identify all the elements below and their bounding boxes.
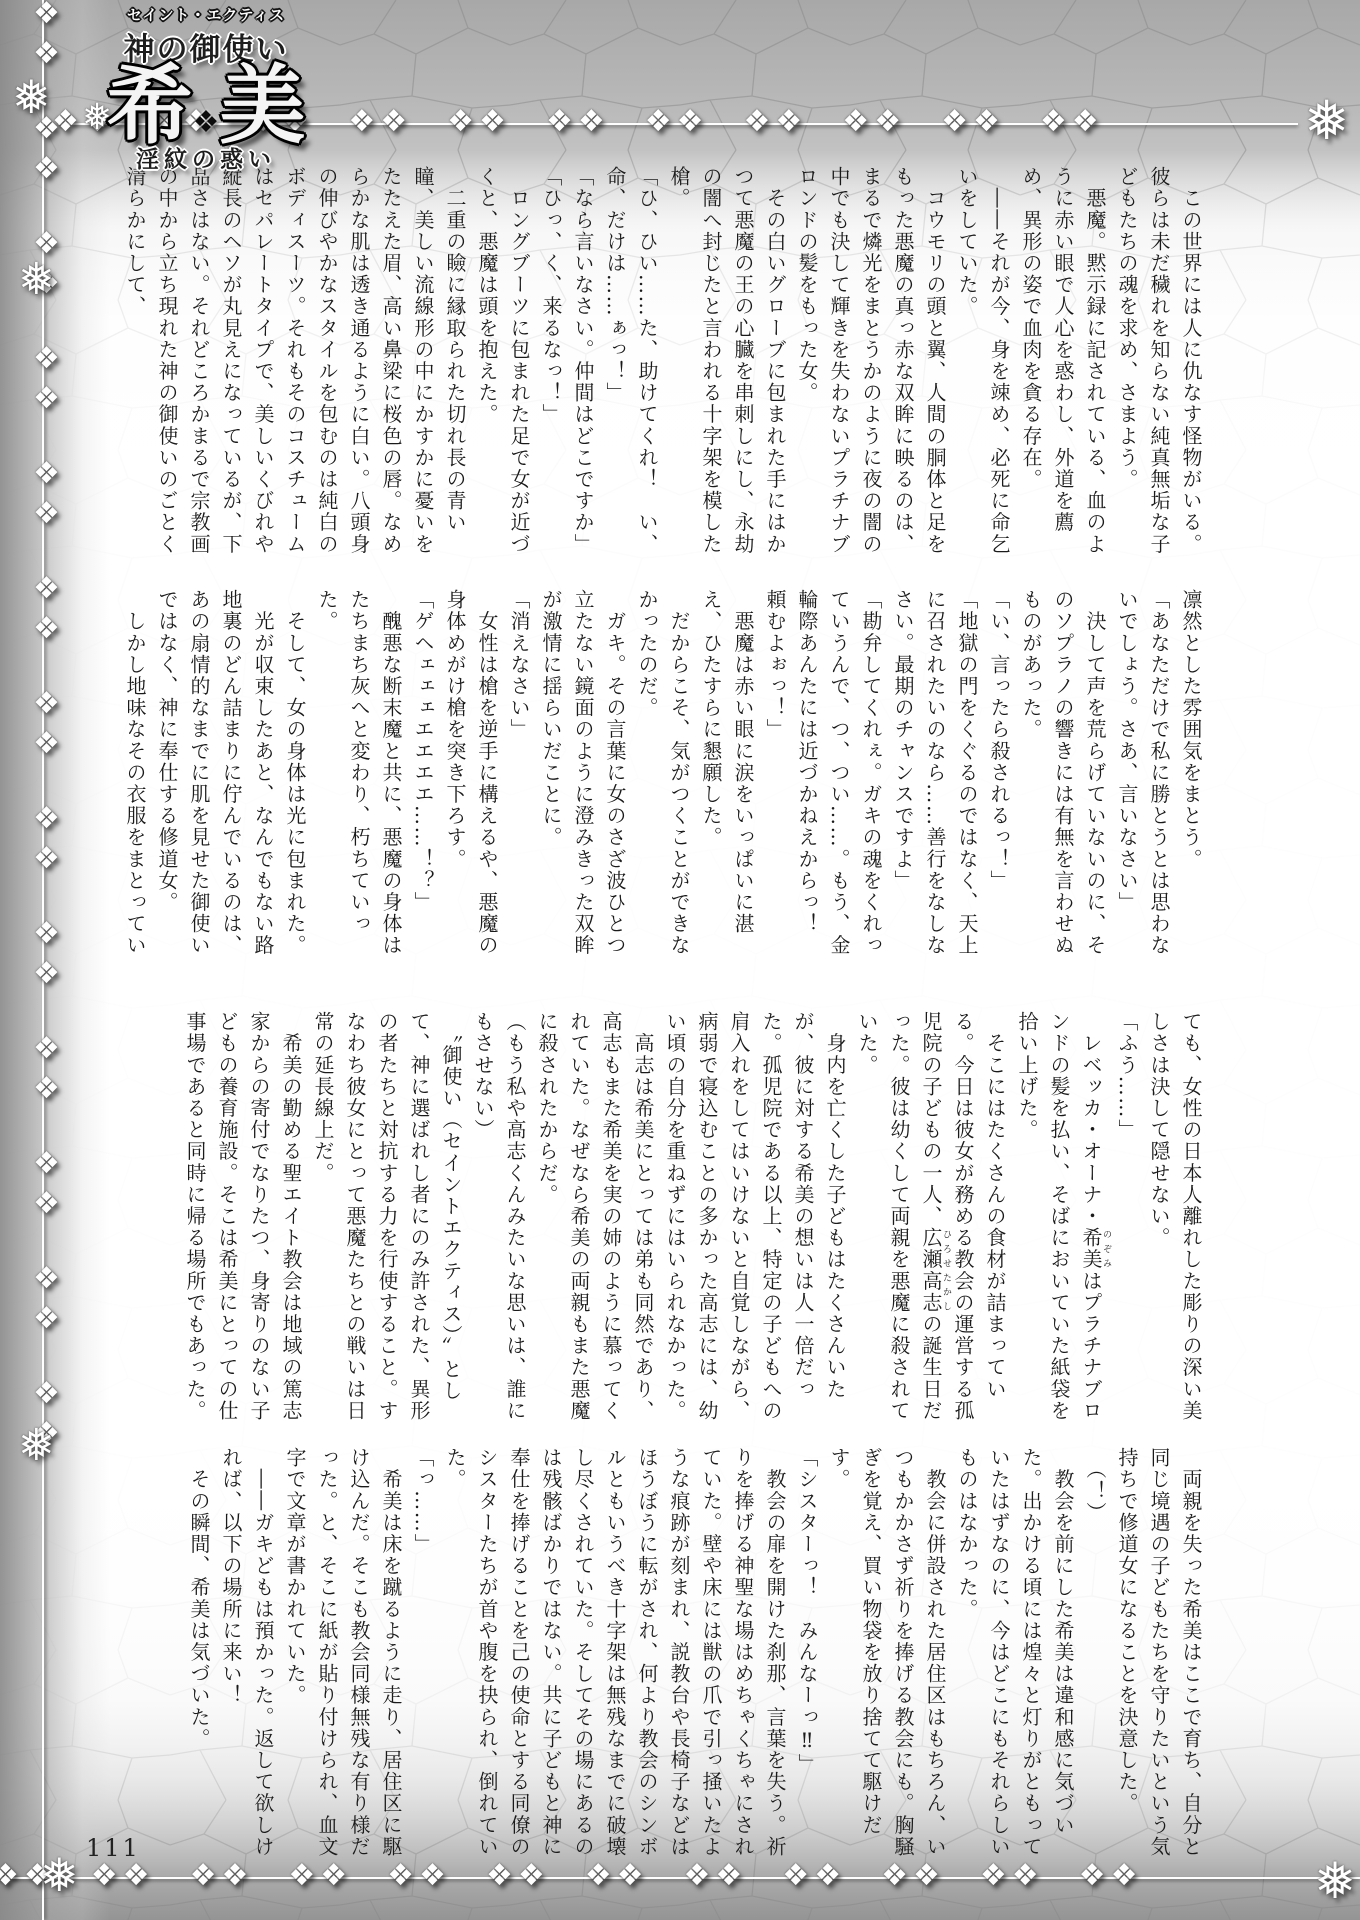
novel-page: ❖❖ ❖❖ ❖❖ ❖❖ ❖❖ ❖❖ ❖❖ ❖❖ ❖❖ ❖❖ ❖❖ ❖❖ ❖❖ ❖… xyxy=(0,0,1360,1920)
paragraph: コウモリの頭と翼、人間の胴体と足をもった悪魔の真っ赤な双眸に映るのは、まるで燐光… xyxy=(791,166,951,558)
snowflake-ornament-left-lower: ❅ xyxy=(18,1424,55,1468)
text-band-3: ても、女性の日本人離れした彫りの深い美しさは決して隠せない。 「ふう……」 レベ… xyxy=(95,1011,1207,1424)
paragraph: 女性は槍を逆手に構えるや、悪魔の身体めがけ槍を突き下ろす。 xyxy=(439,589,503,977)
paragraph: だからこそ、気がつくことができなかったのだ。 xyxy=(631,589,695,977)
paragraph: 「勘弁してくれぇ。ガキの魂をくれっていうんで、つ、つい……。もう、金輪際あんたに… xyxy=(759,589,887,977)
paragraph: 希美の勤める聖エイト教会は地域の篤志家からの寄付でなりたつ、身寄りのない子どもの… xyxy=(179,1011,307,1424)
paragraph: レベッカ・オーナ・希美のぞみはプラチナブロンドの髪を払い、そばにおいていた紙袋を… xyxy=(1011,1011,1111,1424)
text-band-4: 両親を失った希美はここで育ち、自分と同じ境遇の子どもたちを守りたいという気持ちで… xyxy=(95,1447,1207,1862)
snowflake-ornament-left-upper: ❅ xyxy=(18,258,55,302)
snowflake-ornament-bottom-left: ❅ xyxy=(40,1852,79,1898)
paragraph: 両親を失った希美はここで育ち、自分と同じ境遇の子どもたちを守りたいという気持ちで… xyxy=(1111,1447,1207,1862)
paragraph: 「あなただけで私に勝とうとは思わないでしょう。さあ、言いなさい」 xyxy=(1111,589,1175,977)
paragraph: 「地獄の門をくぐるのではなく、天上に召されたいのなら……善行をなしなさい。最期の… xyxy=(887,589,983,977)
paragraph: 「っ……」 xyxy=(407,1447,439,1862)
paragraph: しかし地味なその衣服をまとってい xyxy=(119,589,151,977)
paragraph: 「ふう……」 xyxy=(1111,1011,1143,1424)
paragraph: そこにはたくさんの食材が詰まっている。今日は彼女が務める教会の運営する孤児院の子… xyxy=(851,1011,1011,1424)
text-band-2: 凛然とした雰囲気をまとう。 「あなただけで私に勝とうとは思わないでしょう。さあ、… xyxy=(95,589,1207,977)
paragraph: 二重の瞼に縁取られた切れ長の青い瞳、美しい流線形の中にかすかに憂いをたたえた眉、… xyxy=(119,166,471,558)
logo-reading-text: セイント・エクティス xyxy=(70,4,342,25)
paragraph: ても、女性の日本人離れした彫りの深い美しさは決して隠せない。 xyxy=(1143,1011,1207,1424)
paragraph: 「消えなさい」 xyxy=(503,589,535,977)
paragraph: 「シスターっ！ みんなーっ‼」 xyxy=(791,1447,823,1862)
logo-main-title: 希 ❖ 美 xyxy=(70,63,342,149)
paragraph: 悪魔。黙示録に記されている、血のように赤い眼で人心を惑わし、外道を薦め、異形の姿… xyxy=(1015,166,1111,558)
paragraph: ロングブーツに包まれた足で女が近づくと、悪魔は頭を抱えた。 xyxy=(471,166,535,558)
paragraph: 「ゲヘェェェエエエエ……！？」 xyxy=(407,589,439,977)
paragraph: そして、女の身体は光に包まれた。 xyxy=(279,589,311,977)
paragraph: （もう私や高志くんみたいな思いは、誰にもさせない） xyxy=(467,1011,531,1424)
paragraph: （！） xyxy=(1079,1447,1111,1862)
paragraph: 悪魔は赤い眼に涙をいっぱいに湛え、ひたすらに懇願した。 xyxy=(695,589,759,977)
logo-title-kanji-right: 美 xyxy=(219,63,305,149)
paragraph: 身内を亡くした子どもはたくさんいたが、彼に対する希美の想いは人一倍だった。孤児院… xyxy=(659,1011,851,1424)
paragraph: ――それが今、身を竦め、必死に命乞いをしていた。 xyxy=(951,166,1015,558)
paragraph: 高志は希美にとっては弟も同然であり、高志もまた希美を実の姉のように慕ってくれてい… xyxy=(531,1011,659,1424)
series-logo: セイント・エクティス 神の御使い 希 ❖ 美 淫紋の惑い xyxy=(70,4,342,174)
paragraph: 「ひ、ひい……た、助けてくれ！ い、命、だけは……ぁっ！」 xyxy=(599,166,663,558)
paragraph: 「い、言ったら殺されるっ！」 xyxy=(983,589,1015,977)
paragraph: 「ひっ、く、来るなっ！」 xyxy=(535,166,567,558)
paragraph: この世界には人に仇なす怪物がいる。彼らは未だ穢れを知らない純真無垢な子どもたちの… xyxy=(1111,166,1207,558)
paragraph: 醜悪な断末魔と共に、悪魔の身体はたちまち灰へと変わり、朽ちていった。 xyxy=(311,589,407,977)
paragraph: ガキ。その言葉に女のさざ波ひとつ立たない鏡面のように澄みきった双眸が激情に揺らい… xyxy=(535,589,631,977)
paragraph: 「なら言いなさい。仲間はどこですか」 xyxy=(567,166,599,558)
paragraph: 凛然とした雰囲気をまとう。 xyxy=(1175,589,1207,977)
paragraph: 希美は床を蹴るように走り、居住区に駆け込んだ。そこも教会同様無残な有り様だった。… xyxy=(279,1447,407,1862)
text-band-1: この世界には人に仇なす怪物がいる。彼らは未だ穢れを知らない純真無垢な子どもたちの… xyxy=(95,166,1207,558)
paragraph: 教会の扉を開けた刹那、言葉を失う。祈りを捧げる神聖な場はめちゃくちゃにされていた… xyxy=(439,1447,791,1862)
diamond-ornament-icon: ❖ xyxy=(193,105,220,140)
paragraph: 教会に併設された居住区はもちろん、いつもかかさず祈りを捧げる教会にも。胸騒ぎを覚… xyxy=(823,1447,951,1862)
snowflake-ornament-bottom-right: ❅ xyxy=(1314,1856,1356,1906)
page-number: 111 xyxy=(86,1834,141,1862)
paragraph: その白いグローブに包まれた手にはかつて悪魔の王の心臓を串刺しにし、永劫の闇へ封じ… xyxy=(663,166,791,558)
paragraph: ――ガキどもは預かった。返して欲しければ、以下の場所に来い！ xyxy=(215,1447,279,1862)
paragraph: その瞬間、希美は気づいた。 xyxy=(183,1447,215,1862)
paragraph: 教会を前にした希美は違和感に気づいた。出かける頃には煌々と灯りがともっていたはず… xyxy=(951,1447,1079,1862)
snowflake-ornament-top-left: ❅ xyxy=(12,74,51,120)
paragraph: 〝御使い（セイントエクティス）〟として、神に選ばれし者にのみ許された、異形の者た… xyxy=(307,1011,467,1424)
snowflake-ornament-top-right: ❅ xyxy=(1304,94,1349,148)
paragraph: 光が収束したあと、なんでもない路地裏のどん詰まりに佇んでいるのは、あの扇情的なま… xyxy=(151,589,279,977)
paragraph: 決して声を荒らげていないのに、そのソプラノの響きには有無を言わせぬものがあった。 xyxy=(1015,589,1111,977)
logo-title-kanji-left: 希 xyxy=(107,63,193,149)
